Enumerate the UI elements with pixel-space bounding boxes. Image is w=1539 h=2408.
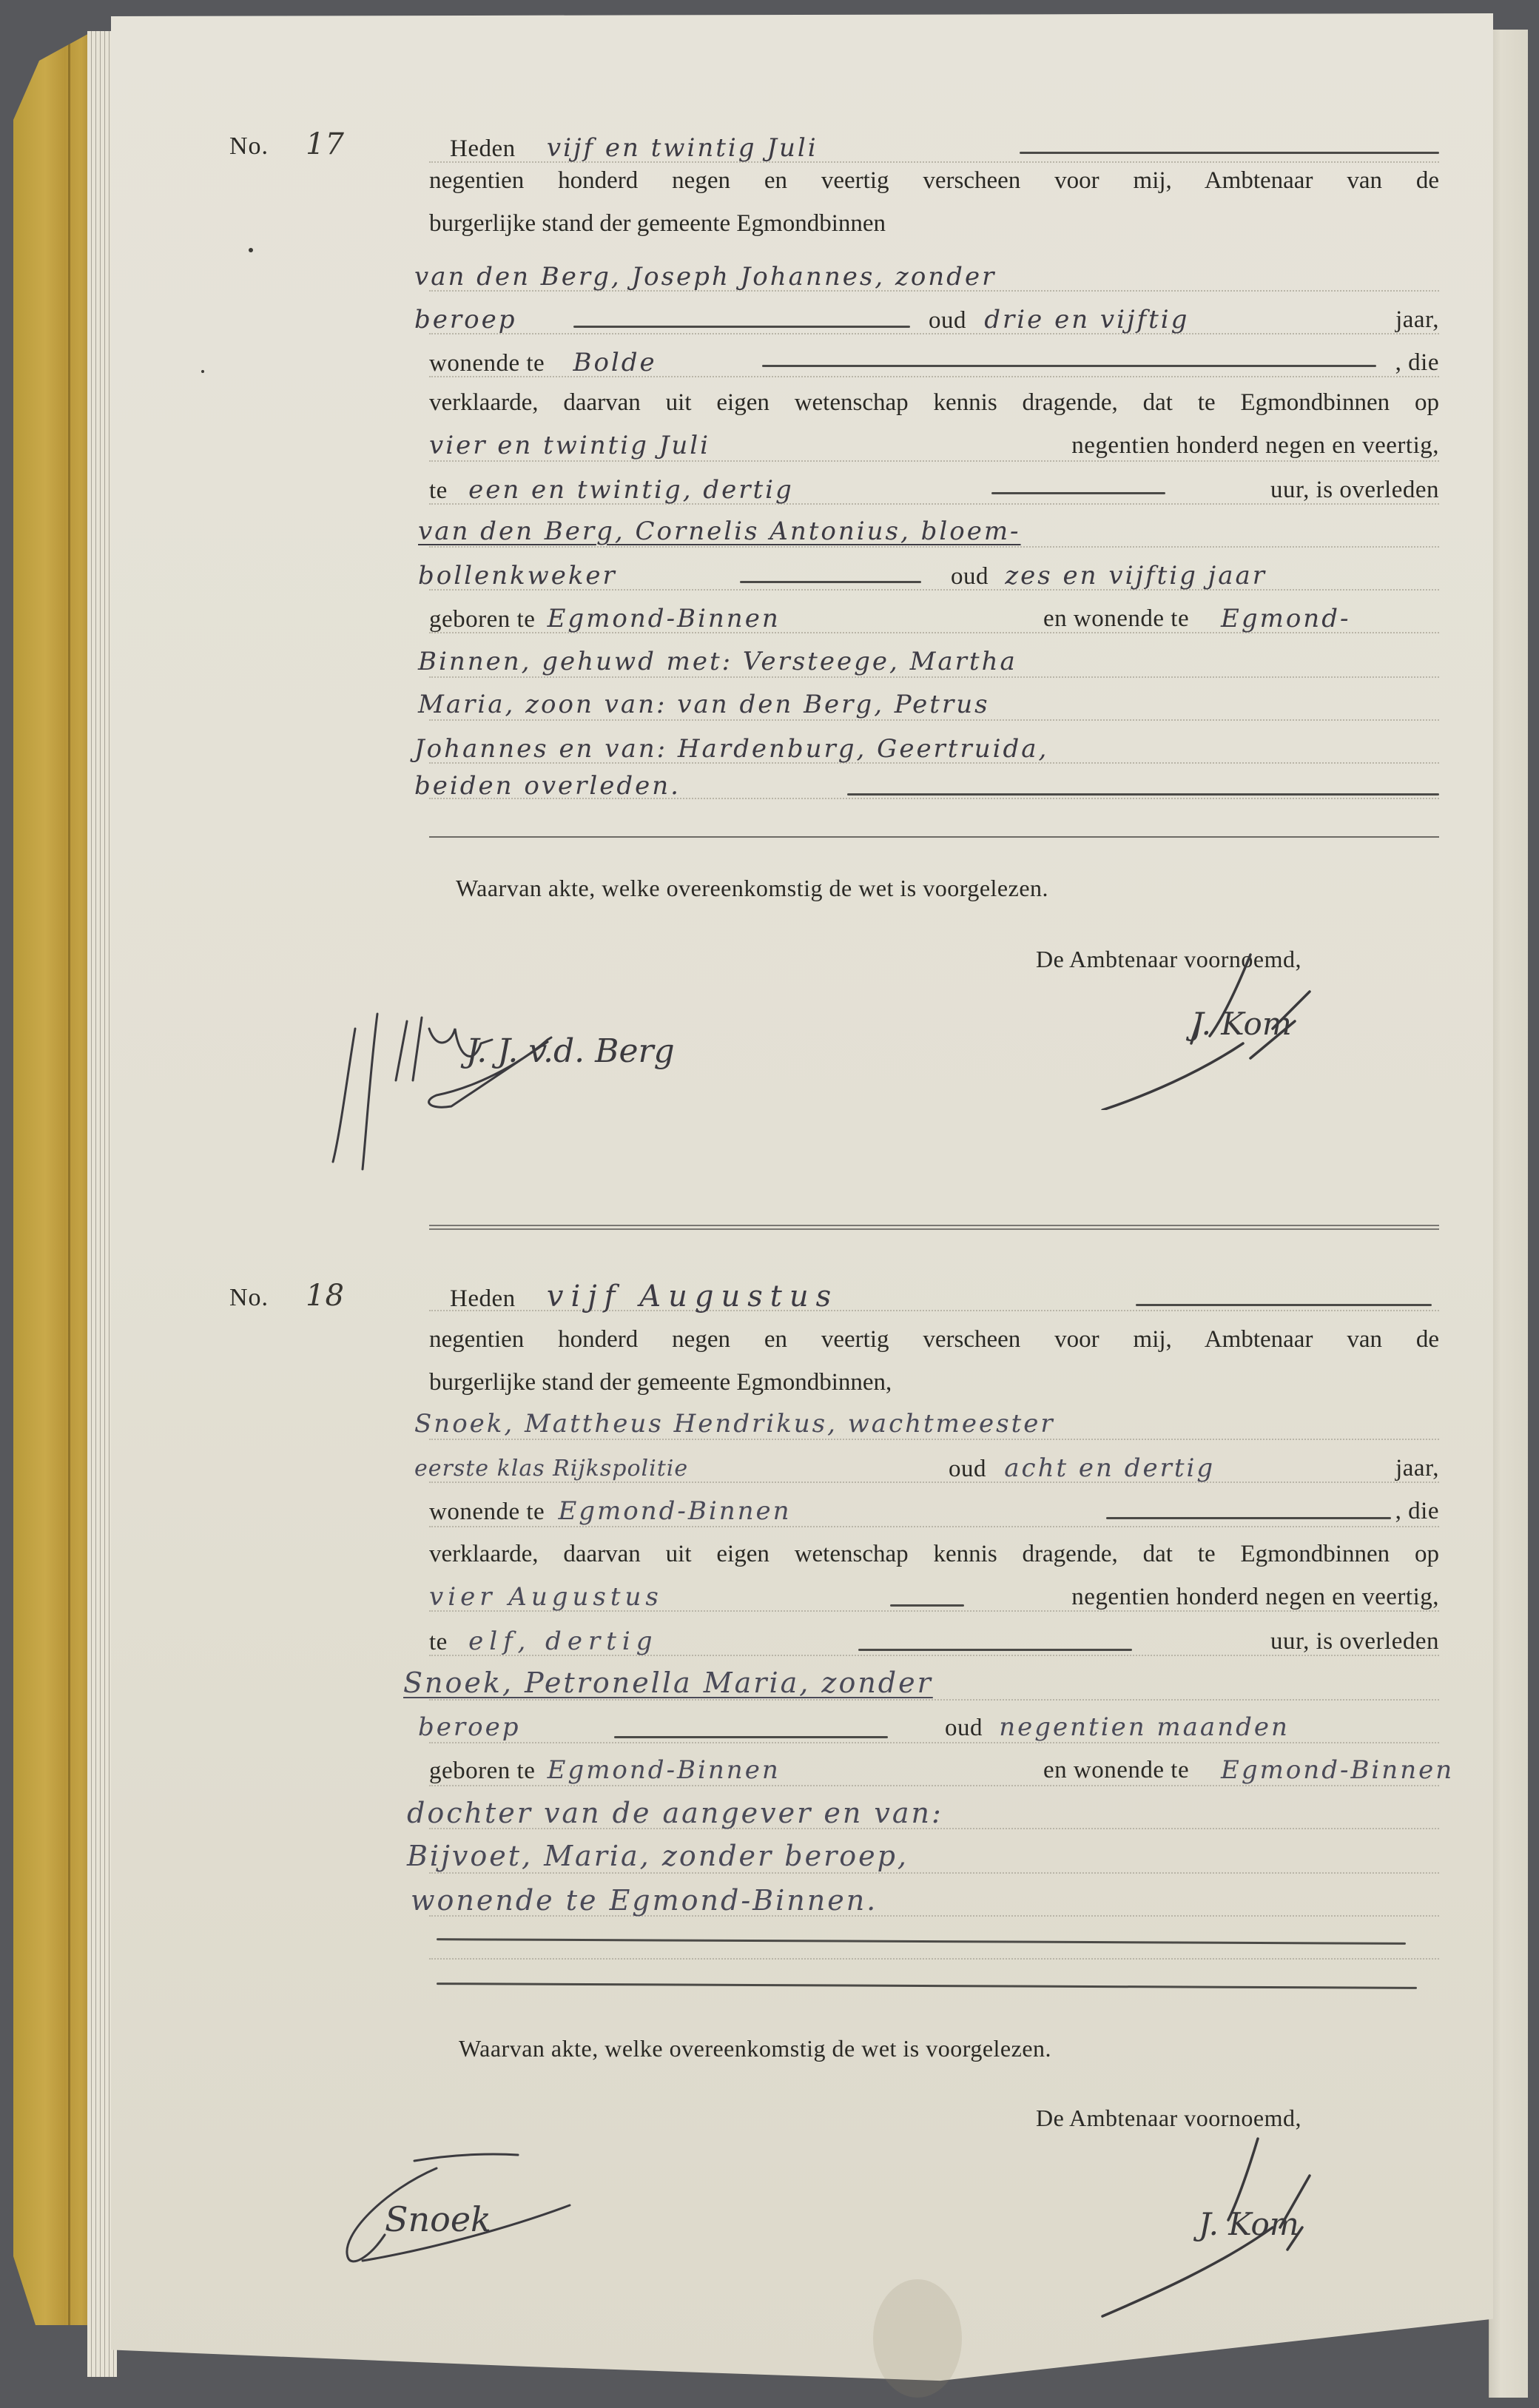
continuation-text: dochter van de aangever en van: [407,1797,943,1829]
preamble-line: negentien honderd negen en veertig versc… [429,1323,1439,1356]
record-separator [429,1225,1439,1230]
official-signature-text: J. Kom [1193,2206,1299,2242]
heden-label: Heden [450,1285,516,1312]
wonende-label: en wonende te [1043,1754,1189,1786]
declarant-residence: Bolde [573,348,656,377]
filler-stroke [614,1736,888,1738]
municipality-line: burgerlijke stand der gemeente Egmondbin… [429,1366,1439,1399]
declarant-name: Snoek, Mattheus Hendrikus, wachtmeester [414,1409,1055,1439]
declaration-line: verklaarde, daarvan uit eigen wetenschap… [429,1538,1439,1570]
birth-line: geboren te Egmond-Binnen en wonende te E… [429,602,1439,635]
geboren-label: geboren te [429,606,535,633]
death-date: vier en twintig Juli [429,431,710,460]
te-label: te [429,477,448,504]
continuation-line: Maria, zoon van: van den Berg, Petrus [418,688,1428,721]
record-number: 18 [306,1279,345,1313]
oud-label: oud [929,307,966,334]
deceased-name: Snoek, Petronella Maria, zonder [403,1667,933,1699]
deceased-age: oud zes en vijftig jaar [951,559,1439,592]
no-label: No. [229,132,269,160]
declarant-signature-text: Snoek [385,2199,491,2239]
filler-stroke [991,492,1165,494]
residence-line: wonende te Egmond-Binnen , die [429,1495,1439,1527]
page-content: No.17 Heden vijf en twintig Juli negenti… [0,0,1539,2408]
official-signature: J. Kom [1088,947,1398,1110]
continuation-line: Bijvoet, Maria, zonder beroep, [407,1840,1417,1872]
declarant-occupation: beroep [414,305,517,334]
declarant-residence: Egmond-Binnen [558,1496,791,1526]
deceased-age-value: zes en vijftig jaar [1005,561,1267,591]
continuation-text: wonende te Egmond-Binnen. [411,1884,878,1917]
uur-overleden-label: uur, is overleden [1270,474,1439,506]
declarant-signature: J. J. v.d. Berg [326,984,710,1177]
death-time-line: te elf, dertig uur, is overleden [429,1625,1439,1658]
deceased-line: van den Berg, Cornelis Antonius, bloem- [418,515,1428,548]
declarant-name: van den Berg, Joseph Johannes, zonder [414,262,996,292]
registration-date: vijf Augustus [547,1279,838,1314]
record-number-label: No.17 [229,127,345,161]
geboren-label: geboren te [429,1758,535,1784]
continuation-text: beiden overleden. [414,771,681,801]
declarant-signature-text: J. J. v.d. Berg [460,1032,675,1070]
te-label: te [429,1629,448,1655]
deceased-age: oud negentien maanden [945,1711,1478,1743]
registration-date: vijf en twintig Juli [547,133,818,163]
death-year: negentien honderd negen en veertig, [1071,429,1439,462]
filler-stroke [573,326,910,328]
declarant-age: oud acht en dertig jaar, [949,1452,1439,1484]
declarant-age: oud drie en vijftig jaar, [929,303,1439,336]
official-signature: J. Kom [1088,2131,1398,2324]
die-label: , die [1395,1495,1439,1527]
death-year: negentien honderd negen en veertig, [1071,1581,1439,1613]
deceased-residence: Egmond- [1221,602,1350,635]
filler-stroke [762,365,1376,367]
filler-stroke [740,581,921,583]
deceased-occupation: bollenkweker [418,561,617,591]
birth-line: geboren te Egmond-Binnen en wonende te E… [429,1754,1439,1786]
filler-stroke [1136,1304,1432,1306]
continuation-text: Maria, zoon van: van den Berg, Petrus [418,690,990,719]
death-date-line: vier en twintig Juli negentien honderd n… [429,429,1439,462]
wonende-label: wonende te [429,1499,545,1525]
oud-label: oud [945,1715,983,1741]
heden-label: Heden [450,135,516,162]
record-number: 17 [306,127,345,161]
wonende-label: en wonende te [1043,602,1189,635]
closing-statement: Waarvan akte, welke overeenkomstig de we… [456,875,1048,902]
declarant-age-value: acht en dertig [1004,1453,1215,1483]
die-label: , die [1395,346,1439,379]
heden-line: Heden vijf en twintig Juli [429,132,1439,164]
jaar-label: jaar, [1395,303,1439,336]
declaration-line: verklaarde, daarvan uit eigen wetenschap… [429,386,1439,419]
declarant-signature: Snoek [326,2109,710,2287]
deceased-name: van den Berg, Cornelis Antonius, bloem- [418,517,1021,546]
death-time: een en twintig, dertig [468,475,794,505]
uur-overleden-label: uur, is overleden [1270,1625,1439,1658]
death-date-line: vier Augustus negentien honderd negen en… [429,1581,1439,1613]
ruled-line [429,1958,1439,1960]
jaar-label: jaar, [1395,1452,1439,1484]
declarant-occupation: eerste klas Rijkspolitie [414,1456,688,1482]
preamble-line: negentien honderd negen en veertig versc… [429,164,1439,197]
filler-stroke [890,1604,964,1607]
filler-stroke [858,1649,1132,1651]
continuation-line: Binnen, gehuwd met: Versteege, Martha [418,645,1428,678]
record-number-label: No.18 [229,1279,345,1313]
oud-label: oud [951,563,989,590]
official-signature-text: J. Kom [1185,1006,1292,1042]
ruled-line [429,1699,1439,1701]
wonende-label: wonende te [429,350,545,377]
official-label: De Ambtenaar voornoemd, [1036,2105,1301,2132]
declarant-line: Snoek, Mattheus Hendrikus, wachtmeester [414,1408,1424,1440]
record-end-rule [429,836,1439,838]
deceased-line: Snoek, Petronella Maria, zonder [403,1667,1413,1699]
filler-stroke [1020,152,1439,154]
oud-label: oud [949,1456,986,1482]
death-time: elf, dertig [468,1627,658,1656]
deceased-residence: Egmond-Binnen [1221,1754,1454,1786]
deceased-occupation: beroep [418,1712,521,1742]
continuation-text: Binnen, gehuwd met: Versteege, Martha [418,647,1017,676]
paper-stain [873,2279,962,2398]
residence-line: wonende te Bolde , die [429,346,1439,379]
closing-statement: Waarvan akte, welke overeenkomstig de we… [459,2035,1051,2062]
declarant-line: van den Berg, Joseph Johannes, zonder [414,260,1424,293]
filler-stroke [437,1982,1417,1989]
continuation-line: dochter van de aangever en van: [407,1797,1417,1829]
paper-speck [249,248,253,252]
death-time-line: te een en twintig, dertig uur, is overle… [429,474,1439,506]
filler-stroke [1106,1517,1391,1519]
continuation-text: Bijvoet, Maria, zonder beroep, [407,1840,909,1872]
continuation-line: wonende te Egmond-Binnen. [411,1884,1421,1917]
filler-stroke [847,793,1439,796]
death-date: vier Augustus [429,1582,663,1612]
ruled-line [429,1872,1439,1874]
paper-speck [201,370,204,373]
birthplace: Egmond-Binnen [548,604,781,633]
no-label: No. [229,1284,269,1311]
continuation-line: beiden overleden. [414,770,1424,802]
deceased-age-value: negentien maanden [999,1712,1290,1742]
municipality-line: burgerlijke stand der gemeente Egmondbin… [429,207,1439,240]
continuation-line: Johannes en van: Hardenburg, Geertruida, [414,733,1424,765]
filler-stroke [437,1938,1406,1945]
birthplace: Egmond-Binnen [548,1755,781,1785]
continuation-text: Johannes en van: Hardenburg, Geertruida, [414,734,1048,764]
declarant-age-value: drie en vijftig [984,305,1189,334]
heden-line: Heden vijf Augustus [429,1280,1439,1313]
